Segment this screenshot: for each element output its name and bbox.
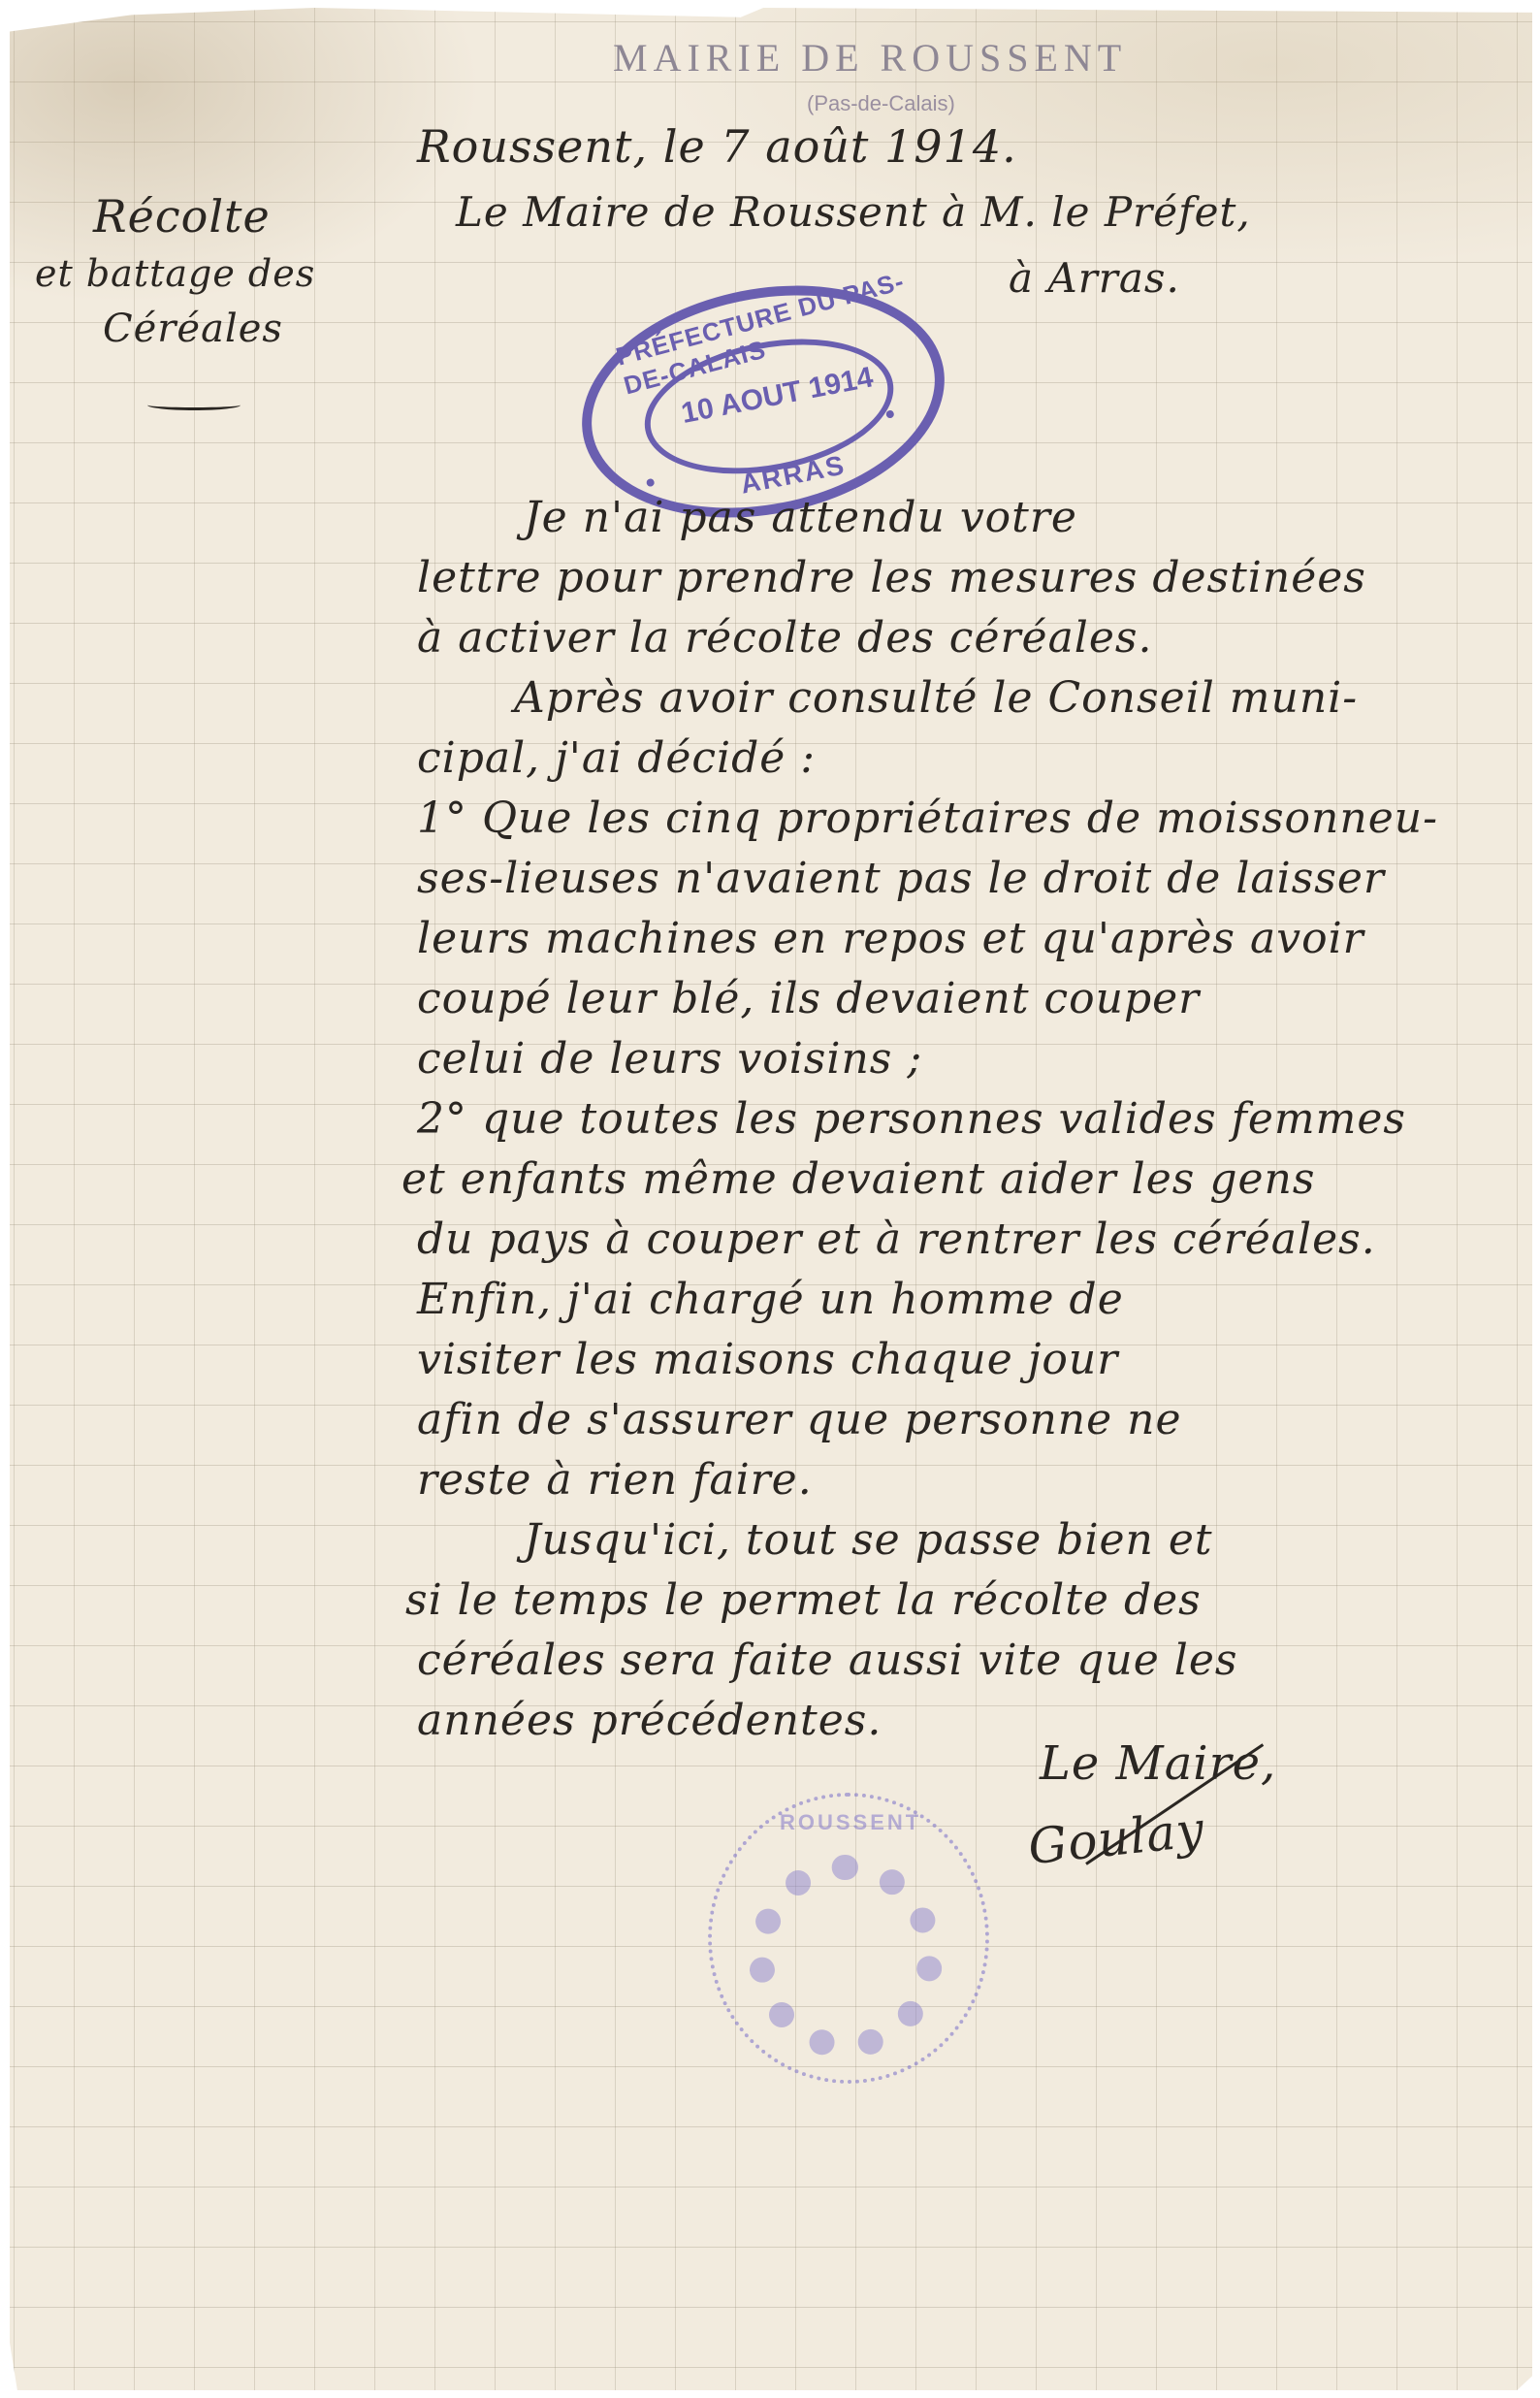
body-line-1: Je n'ai pas attendu votre [524,493,1077,542]
address-line: Le Maire de Roussent à M. le Préfet, [456,188,1251,236]
margin-underline [147,400,241,410]
body-line-18: Jusqu'ici, tout se passe bien et [524,1515,1213,1565]
body-line-9: coupé leur blé, ils devaient couper [417,974,1200,1023]
municipal-seal-stamp: ROUSSENT [708,1793,989,2084]
body-line-19: si le temps le permet la récolte des [405,1575,1202,1625]
letterhead-subtitle: (Pas-de-Calais) [807,91,955,116]
body-line-17: reste à rien faire. [417,1455,813,1505]
body-line-10: celui de leurs voisins ; [417,1034,922,1084]
seal-text: ROUSSENT [780,1810,921,1835]
body-line-4: Après avoir consulté le Conseil muni- [514,673,1358,723]
body-line-2: lettre pour prendre les mesures destinée… [417,553,1366,602]
body-line-11: 2° que toutes les personnes valides femm… [417,1094,1406,1144]
date-line: Roussent, le 7 août 1914. [417,120,1017,173]
seal-inner-ring [749,1855,943,2058]
body-line-13: du pays à couper et à rentrer les céréal… [417,1215,1376,1264]
margin-note-line-2: et battage des [35,252,315,295]
body-line-14: Enfin, j'ai chargé un homme de [417,1275,1124,1324]
body-line-8: leurs machines en repos et qu'après avoi… [417,914,1364,963]
margin-note-line-1: Récolte [93,190,271,243]
body-line-12: et enfants même devaient aider les gens [401,1154,1315,1204]
body-line-3: à activer la récolte des céréales. [417,613,1152,663]
body-line-21: années précédentes. [417,1696,882,1745]
body-line-5: cipal, j'ai décidé : [417,733,816,783]
address-city: à Arras. [1009,254,1180,302]
body-line-16: afin de s'assurer que personne ne [417,1395,1182,1444]
closing-title: Le Maire, [1040,1736,1276,1791]
body-line-7: ses-lieuses n'avaient pas le droit de la… [417,854,1385,903]
margin-note-line-3: Céréales [103,307,283,351]
body-line-15: visiter les maisons chaque jour [417,1335,1118,1384]
body-line-20: céréales sera faite aussi vite que les [417,1636,1237,1685]
letterhead-title: MAIRIE DE ROUSSENT [613,35,1127,81]
body-line-6: 1° Que les cinq propriétaires de moisson… [417,794,1438,843]
stamp-ornament-icon: • [882,399,898,431]
